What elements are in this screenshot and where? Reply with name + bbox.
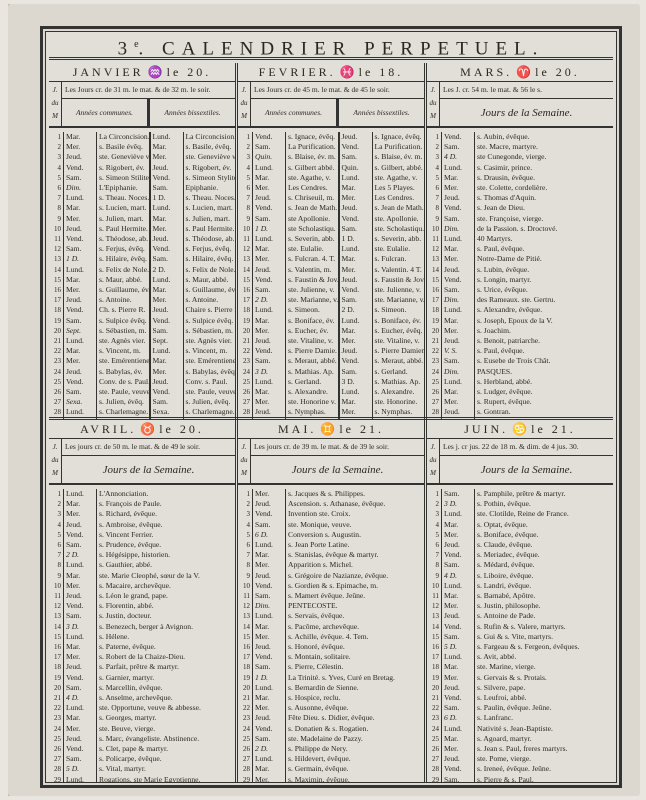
day-number: 17 — [49, 295, 63, 305]
day-row: 1Sam.s. Pamphile, prêtre & martyr. — [427, 489, 613, 499]
day-row: 11Lund.s. Severin, abb.1 D.s. Severin, a… — [238, 234, 424, 244]
day-row: 15Vend.s. Faustin & Jov.Jeud.s. Faustin … — [238, 275, 424, 285]
leap-weekday: Mar. — [338, 397, 372, 407]
weekday: Lund. — [63, 703, 96, 713]
saint-feast: s. Fargeau & s. Fergeon, évêques. — [474, 642, 613, 652]
saint-feast: s. Joseph, Epoux de la V. — [474, 316, 613, 326]
leap-weekday: Sam. — [149, 254, 183, 264]
leap-weekday: Lund. — [338, 316, 372, 326]
weekday: Dim. — [63, 183, 96, 193]
day-number: 13 — [49, 254, 63, 264]
day-row: 17Jeud.s. Antoine.Mer.s. Antoine. — [49, 295, 235, 305]
weekday: 1 D. — [252, 224, 285, 234]
day-number: 1 — [238, 132, 252, 142]
day-row: 9Sam.ste Apollonie.Vend.ste. Apollonie. — [238, 214, 424, 224]
weekday: Mar. — [252, 316, 285, 326]
day-number: 3 — [427, 152, 441, 162]
month-header: MARS.♈le 20. — [427, 63, 613, 82]
calendar-frame: 3e. CALENDRIER PERPETUEL. JANVIER♒le 20.… — [40, 26, 622, 788]
month-header: AVRIL.♉le 20. — [49, 420, 235, 439]
month-header: JANVIER♒le 20. — [49, 63, 235, 82]
weekday: Vend. — [252, 346, 285, 356]
weekday: Mar. — [63, 203, 96, 213]
day-number: 7 — [427, 550, 441, 560]
day-number: 20 — [238, 683, 252, 693]
zodiac-date: le 20. — [535, 65, 580, 79]
day-number: 3 — [49, 509, 63, 519]
saint-feast: s. Benoit, patriarche. — [474, 336, 613, 346]
row-q1: JANVIER♒le 20.J.duMLes Jours cr. de 31 m… — [49, 63, 613, 419]
day-row: 214 D.s. Anselme, archevêque. — [49, 693, 235, 703]
saint-feast: ste. Macre, martyre. — [474, 142, 613, 152]
saint-feast: s. Pamphile, prêtre & martyr. — [474, 489, 613, 499]
month-subheader: J.duMLes j. cr jus. 22 de 18 m. & dim. d… — [427, 439, 613, 485]
day-row: 3Lund.ste. Clotilde, Reine de France. — [427, 509, 613, 519]
day-row: 5Mar.s. Drausin, évêque. — [427, 173, 613, 183]
saint-feast: s. Ausonne, évêque. — [285, 703, 424, 713]
month-subheader: J.duMLes J. cr. 54 m. le mat. & 56 le s.… — [427, 82, 613, 128]
day-row: 23Jeud.Fête Dieu. s. Didier, évêque. — [238, 713, 424, 723]
weekdays-label: Jours de la Semaine. — [440, 99, 613, 126]
day-row: 10Dim.de la Passion. s. Droctové. — [427, 224, 613, 234]
weekday: Mer. — [441, 530, 474, 540]
saint-feast: s. Gauthier, abbé. — [96, 560, 235, 570]
weekday: Sam. — [63, 754, 96, 764]
weekday: Mer. — [441, 254, 474, 264]
leap-years-label: Années bissextiles. — [339, 99, 424, 126]
day-number: 24 — [49, 367, 63, 377]
leap-weekday: Mar. — [338, 326, 372, 336]
day-row: 23Sam.s. Meraut, abbé.Vend.s. Meraut, ab… — [238, 356, 424, 366]
day-number: 26 — [427, 744, 441, 754]
day-number: 2 — [238, 142, 252, 152]
leap-weekday: Lund. — [149, 132, 183, 142]
day-row: 12Mer.s. Justin, philosophe. — [427, 601, 613, 611]
saint-feast: Apparition s. Michel. — [285, 560, 424, 570]
saint-feast: s. Herbland, abbé. — [474, 377, 613, 387]
day-number: 21 — [427, 336, 441, 346]
month-header: MAI.♊le 21. — [238, 420, 424, 439]
day-list: 1Lund.L'Annonciation.2Mar.s. François de… — [49, 485, 235, 782]
day-number: 27 — [238, 754, 252, 764]
day-row: 18Jeud.s. Parfait, prêtre & martyr. — [49, 662, 235, 672]
day-row: 7Lund.s. Theau. Noces.1 D.s. Theau. Noce… — [49, 193, 235, 203]
day-number: 13 — [427, 254, 441, 264]
leap-saint-feast: s. Valentin. 4 T. — [372, 265, 425, 275]
day-number: 2 — [427, 499, 441, 509]
leap-weekday: Mer. — [149, 152, 183, 162]
day-number: 12 — [427, 244, 441, 254]
leap-saint-feast: ste. Julienne, v. — [372, 285, 425, 295]
day-row: 13Lund.s. Servais, évêque. — [238, 611, 424, 621]
saint-feast: ste. Marianne, v. — [285, 295, 338, 305]
day-row: 10Lund.s. Landri, évêque. — [427, 581, 613, 591]
saint-feast: s. Simeon. — [285, 305, 338, 315]
saint-feast: s. Chriseuil, m. — [285, 193, 338, 203]
day-row: 23 D.s. Pothin, évêque. — [427, 499, 613, 509]
day-number: 12 — [238, 601, 252, 611]
day-row: 2Sam.La Purification.Vend.La Purificatio… — [238, 142, 424, 152]
day-row: 6Dim.L'Epiphanie.Sam.Epiphanie. — [49, 183, 235, 193]
saint-feast: s. Joachim. — [474, 326, 613, 336]
day-row: 20Mer.s. Eucher, év.Mar.s. Eucher, évêq. — [238, 326, 424, 336]
day-row: 24Dim.PASQUES. — [427, 367, 613, 377]
day-number: 23 — [49, 713, 63, 723]
weekday: Mar. — [441, 591, 474, 601]
saint-feast: ste. Vitaline, v. — [285, 336, 338, 346]
leap-weekday: Vend. — [149, 387, 183, 397]
day-row: 16Mar.s. Paterne, évêque. — [49, 642, 235, 652]
day-number: 1 — [49, 132, 63, 142]
day-number: 25 — [49, 734, 63, 744]
day-number: 23 — [238, 356, 252, 366]
saint-feast: Rogations. ste Marie Egyptienne. — [96, 775, 235, 782]
day-number: 17 — [49, 652, 63, 662]
day-row: 262 D.s. Philippe de Nery. — [238, 744, 424, 754]
month-janvier: JANVIER♒le 20.J.duMLes Jours cr. de 31 m… — [49, 63, 238, 419]
day-row: 25Lund.s. Gerland.3 D.s. Mathias. Ap. — [238, 377, 424, 387]
leap-years-label: Années bissextiles. — [150, 99, 235, 126]
day-row: 12Vend.s. Florentin, abbé. — [49, 601, 235, 611]
common-years-label: Années communes. — [62, 99, 150, 126]
weekday: Mer. — [441, 326, 474, 336]
saint-feast: ste. Geneviève v. — [96, 152, 149, 162]
day-number: 6 — [238, 183, 252, 193]
day-row: 26Mer.s. Jean s. Paul, freres martyrs. — [427, 744, 613, 754]
weekday: Jeud. — [63, 224, 96, 234]
saint-feast: s. Prudence, évêque. — [96, 540, 235, 550]
jdm-label: M — [427, 467, 439, 480]
weekday: Vend. — [441, 622, 474, 632]
day-number: 10 — [427, 581, 441, 591]
day-row: 24Mer.ste. Beuve, vierge. — [49, 724, 235, 734]
saint-feast: Fête Dieu. s. Didier, évêque. — [285, 713, 424, 723]
weekday: Sam. — [252, 520, 285, 530]
leap-weekday: Jeud. — [149, 163, 183, 173]
day-row: 20Sept.s. Sébastien, m.Sam.s. Sébastien,… — [49, 326, 235, 336]
saint-feast: ste. Marine, vierge. — [474, 662, 613, 672]
saint-feast: ste. Madelaine de Pazzy. — [285, 734, 424, 744]
saint-feast: s. Meraut, abbé. — [285, 356, 338, 366]
day-row: 3Vend.Invention ste. Croix. — [238, 509, 424, 519]
weekday: Vend. — [63, 601, 96, 611]
weekday: Lund. — [63, 632, 96, 642]
weekday: Sam. — [441, 285, 474, 295]
day-row: 4Sam.ste. Monique, veuve. — [238, 520, 424, 530]
saint-feast: s. Justin, philosophe. — [474, 601, 613, 611]
zodiac-date: le 20. — [167, 65, 212, 79]
day-row: 24Vend.s. Donatien & s. Rogatien. — [238, 724, 424, 734]
leap-weekday: Mer. — [338, 193, 372, 203]
saint-feast: Les Cendres. — [285, 183, 338, 193]
saint-feast: s. Achille, évêque. 4. Tem. — [285, 632, 424, 642]
weekday: Jeud. — [441, 265, 474, 275]
day-number: 7 — [238, 193, 252, 203]
leap-saint-feast: s. Gerland. — [372, 367, 425, 377]
day-number: 26 — [49, 744, 63, 754]
weekday: Lund. — [441, 581, 474, 591]
saint-feast: La Purification. — [285, 142, 338, 152]
day-row: 11Vend.s. Théodose, ab.Jeud.s. Théodose,… — [49, 234, 235, 244]
saint-feast: s. Claude, évêque. — [474, 540, 613, 550]
day-row: 4Mar.s. Optat, évêque. — [427, 520, 613, 530]
weekday: Mar. — [63, 499, 96, 509]
leap-saint-feast: ste. Agathe, v. — [372, 173, 425, 183]
day-number: 8 — [49, 560, 63, 570]
row-q2: AVRIL.♉le 20.J.duMLes jours cr. de 50 m.… — [49, 417, 613, 782]
day-row: 7Jeud.s. Thomas d'Aquin. — [427, 193, 613, 203]
day-row: 13Jeud.s. Antoine de Pade. — [427, 611, 613, 621]
day-row: 11Lund.40 Martyrs. — [427, 234, 613, 244]
leap-weekday: Jeud. — [338, 132, 372, 142]
saint-feast: s. Gervais & s. Protais. — [474, 673, 613, 683]
day-number: 19 — [427, 673, 441, 683]
day-row: 13Sam.s. Justin, docteur. — [49, 611, 235, 621]
saint-feast: s. Silvere, pape. — [474, 683, 613, 693]
saint-feast: Nativité s. Jean-Baptiste. — [474, 724, 613, 734]
leap-saint-feast: Les Cendres. — [372, 193, 425, 203]
day-row: 25Vend.Conv. de s. Paul.Jeud.Conv. s. Pa… — [49, 377, 235, 387]
month-subheader: J.duMLes jours cr. de 50 m. le mat. & de… — [49, 439, 235, 485]
weekday: Sam. — [441, 560, 474, 570]
day-row: 10Mer.s. Macaire, archevêque. — [49, 581, 235, 591]
leap-saint-feast: s. Faustin & Jov. — [372, 275, 425, 285]
day-number: 27 — [238, 397, 252, 407]
saint-feast: ste. Agathe, v. — [285, 173, 338, 183]
weekday: 1 D. — [63, 254, 96, 264]
weekday: Mer. — [252, 397, 285, 407]
leap-weekday: Mer. — [338, 336, 372, 346]
day-number: 27 — [49, 397, 63, 407]
leap-saint-feast: s. Boniface, év. — [372, 316, 425, 326]
day-number: 22 — [238, 346, 252, 356]
saint-feast: s. Germain, évêque. — [285, 764, 424, 774]
saint-feast: s. Hélene. — [96, 632, 235, 642]
leap-weekday: Sam. — [149, 397, 183, 407]
day-number: 7 — [427, 193, 441, 203]
saint-feast: s. Georges, martyr. — [96, 713, 235, 723]
saint-feast: s. Hilaire, évêq. — [96, 254, 149, 264]
day-row: 24Jeud.s. Babylas, év.Mer.s. Babylas, év… — [49, 367, 235, 377]
weekday: Mar. — [441, 173, 474, 183]
subheader-right: Les Jours cr. de 45 m. le mat. & de 45 l… — [251, 82, 424, 126]
leap-saint-feast: s. Severin, abb. — [372, 234, 425, 244]
jdm-label: J. — [427, 441, 439, 454]
day-row: 23Mer.ste. EmérentieneMar.ste. Emérentie… — [49, 356, 235, 366]
saint-feast: s. Blaise, év. m. — [285, 152, 338, 162]
day-number: 20 — [49, 326, 63, 336]
subheader-right: Les jours cr. de 50 m. le mat. & de 49 l… — [62, 439, 235, 483]
day-number: 12 — [427, 601, 441, 611]
jdm-label: M — [427, 110, 439, 123]
day-row: 16Sam.ste. Julienne, v.Vend.ste. Julienn… — [238, 285, 424, 295]
day-row: 10Jeud.s. Paul Hermite.Mer.s. Paul Hermi… — [49, 224, 235, 234]
day-number: 23 — [427, 356, 441, 366]
leap-weekday: Lund. — [338, 387, 372, 397]
weekday: Jeud. — [252, 499, 285, 509]
leap-weekday: 1 D. — [338, 234, 372, 244]
saint-feast: s. Rigobert, év. — [96, 163, 149, 173]
weekday: Mar. — [63, 642, 96, 652]
weekday: Mer. — [63, 724, 96, 734]
saint-feast: Notre-Dame de Pitié. — [474, 254, 613, 264]
weekday: Jeud. — [252, 336, 285, 346]
day-row: 23Sam.s. Eusebe de Trois Chât. — [427, 356, 613, 366]
leap-saint-feast: s. Meraut, abbé. — [372, 356, 425, 366]
day-number: 9 — [238, 214, 252, 224]
day-number: 7 — [238, 550, 252, 560]
day-row: 26Mar.s. Alexandre.Lund.s. Alexandre. — [238, 387, 424, 397]
day-number: 21 — [427, 693, 441, 703]
leap-saint-feast: Les 5 Playes. — [372, 183, 425, 193]
saint-feast: ste. Marie Cleophé, sœur de la V. — [96, 571, 235, 581]
saint-feast: s. Honoré, évêque. — [285, 642, 424, 652]
jdm-label: du — [427, 97, 439, 110]
day-row: 18Sam.s. Pierre, Célestin. — [238, 662, 424, 672]
leap-saint-feast: La Circoncision. — [183, 132, 236, 142]
saint-feast: s. Paterne, évêque. — [96, 642, 235, 652]
leap-saint-feast: ste. Eulalie. — [372, 244, 425, 254]
month-subheader: J.duMLes jours cr. de 39 m. le mat. & de… — [238, 439, 424, 485]
day-number: 24 — [238, 724, 252, 734]
weekday: Mer. — [252, 775, 285, 782]
day-row: 6Mer.Les Cendres.Mar.Les 5 Playes. — [238, 183, 424, 193]
saint-feast: s. Rufin & s. Valere, martyrs. — [474, 622, 613, 632]
weekday: Jeud. — [441, 540, 474, 550]
weekday: Sam. — [441, 214, 474, 224]
saint-feast: s. Florentin, abbé. — [96, 601, 235, 611]
saint-feast: s. Ireneé, évêque. Jeûne. — [474, 764, 613, 774]
leap-saint-feast: ste. Geneviève v. — [183, 152, 236, 162]
weekday: Jeud. — [252, 265, 285, 275]
day-row: 20Sam.s. Marcellin, évêque. — [49, 683, 235, 693]
weekday: Vend. — [63, 377, 96, 387]
leap-weekday: Mar. — [149, 285, 183, 295]
saint-feast: s. Boniface, év. — [285, 316, 338, 326]
day-number: 6 — [427, 540, 441, 550]
day-row: 94 D.s. Liboire, évêque. — [427, 571, 613, 581]
saint-feast: ste. Eulalie. — [285, 244, 338, 254]
saint-feast: ste. Emérentiene — [96, 356, 149, 366]
saint-feast: s. Theau. Noces. — [96, 193, 149, 203]
day-number: 19 — [49, 673, 63, 683]
day-number: 11 — [49, 591, 63, 601]
day-row: 15Sam.s. Gui & s. Vite, martyrs. — [427, 632, 613, 642]
day-row: 14Jeud.s. Valentin, m.Mer.s. Valentin. 4… — [238, 265, 424, 275]
leap-saint-feast: s. Théodose, ab. — [183, 234, 236, 244]
saint-feast: Ch. s. Pierre R. — [96, 305, 149, 315]
weekday: Jeud. — [441, 754, 474, 764]
saint-feast: s. Vincent Ferrier. — [96, 530, 235, 540]
subheader-right: Les Jours cr. de 31 m. le mat. & de 32 m… — [62, 82, 235, 126]
daylength-note: Les Jours cr. de 45 m. le mat. & de 45 l… — [251, 82, 424, 99]
saint-feast: s. Donatien & s. Rogatien. — [285, 724, 424, 734]
leap-weekday: Sept. — [149, 336, 183, 346]
saint-feast: s. Justin, docteur. — [96, 611, 235, 621]
weekday: 1 D. — [252, 673, 285, 683]
day-number: 13 — [238, 254, 252, 264]
day-number: 16 — [427, 642, 441, 652]
day-number: 22 — [49, 346, 63, 356]
saint-feast: s. Policarpe, évêque. — [96, 754, 235, 764]
daylength-note: Les J. cr. 54 m. le mat. & 56 le s. — [440, 82, 613, 99]
day-of-month-label: J.duM — [427, 439, 440, 483]
weekday: 2 D. — [252, 295, 285, 305]
leap-weekday: Mar. — [149, 142, 183, 152]
day-list: 1Mer.s. Jacques & s. Philippes.2Jeud.Asc… — [238, 485, 424, 782]
day-row: 4Vend.s. Rigobert, év.Jeud.s. Rigobert, … — [49, 163, 235, 173]
leap-saint-feast: Epiphanie. — [183, 183, 236, 193]
weekday: Jeud. — [63, 152, 96, 162]
saint-feast: s. Clet, pape & martyr. — [96, 744, 235, 754]
day-number: 22 — [49, 703, 63, 713]
day-number: 4 — [427, 163, 441, 173]
day-row: 19Mar.s. Boniface, év.Lund.s. Boniface, … — [238, 316, 424, 326]
weekday: Sam. — [63, 611, 96, 621]
weekday: Mer. — [63, 142, 96, 152]
day-row: 25Jeud.s. Marc, évangeliste. Abstinence. — [49, 734, 235, 744]
day-list: 1Vend.s. Aubin, évêque.2Sam.ste. Macre, … — [427, 128, 613, 419]
day-row: 9Sam.ste. Françoise, vierge. — [427, 214, 613, 224]
weekday: V. S. — [441, 346, 474, 356]
day-row: 8Mer.Apparition s. Michel. — [238, 560, 424, 570]
leap-saint-feast: s. Sébastien, m. — [183, 326, 236, 336]
saint-feast: s. Macaire, archevêque. — [96, 581, 235, 591]
day-number: 27 — [49, 754, 63, 764]
subheader-right: Les j. cr jus. 22 de 18 m. & dim. de 4 j… — [440, 439, 613, 483]
weekday: Sam. — [252, 662, 285, 672]
saint-feast: ste. Paule, veuve — [96, 387, 149, 397]
weekday: Mar. — [252, 173, 285, 183]
weekday: Sam. — [252, 591, 285, 601]
saint-feast: s. Ludger, évêque. — [474, 387, 613, 397]
saint-feast: Invention ste. Croix. — [285, 509, 424, 519]
day-row: 22Mar.s. Vincent, m.Lund.s. Vincent, m. — [49, 346, 235, 356]
day-row: 27Sexa.s. Julien, évêq.Sam.s. Julien, év… — [49, 397, 235, 407]
day-row: 6Lund.s. Jean Porte Latine. — [238, 540, 424, 550]
saint-feast: s. Pacôme, archevêque. — [285, 622, 424, 632]
day-row: 27Jeud.ste. Pome, vierge. — [427, 754, 613, 764]
day-row: 14Jeud.s. Lubin, évêque. — [427, 265, 613, 275]
day-number: 3 — [238, 152, 252, 162]
day-number: 29 — [427, 775, 441, 782]
day-number: 10 — [49, 224, 63, 234]
weekday: Mar. — [252, 764, 285, 774]
leap-weekday: 2 D. — [149, 265, 183, 275]
leap-weekday: Vend. — [149, 173, 183, 183]
weekday: Sam. — [63, 387, 96, 397]
zodiac-date: le 20. — [159, 422, 204, 436]
day-row: 27Sam.s. Policarpe, évêque. — [49, 754, 235, 764]
leap-saint-feast: s. Hilaire, évêq. — [183, 254, 236, 264]
day-number: 28 — [427, 764, 441, 774]
weekday: Lund. — [63, 560, 96, 570]
day-number: 15 — [49, 275, 63, 285]
year-type-headers: Années communes.Années bissextiles. — [62, 99, 235, 126]
weekday: Jeud. — [441, 336, 474, 346]
day-number: 10 — [427, 224, 441, 234]
saint-feast: s. Alexandre. — [285, 387, 338, 397]
weekday: Quin. — [252, 152, 285, 162]
day-number: 19 — [427, 316, 441, 326]
day-row: 19Mer.s. Gervais & s. Protais. — [427, 673, 613, 683]
day-number: 16 — [427, 285, 441, 295]
saint-feast: s. Severin, abb. — [285, 234, 338, 244]
saint-feast: s. Lubin, évêque. — [474, 265, 613, 275]
day-row: 5Sam.s. Simeon Stilite.Vend.s. Simeon St… — [49, 173, 235, 183]
day-row: 2Jeud.Ascension. s. Athanase, évêque. — [238, 499, 424, 509]
weekday: Sam. — [63, 683, 96, 693]
